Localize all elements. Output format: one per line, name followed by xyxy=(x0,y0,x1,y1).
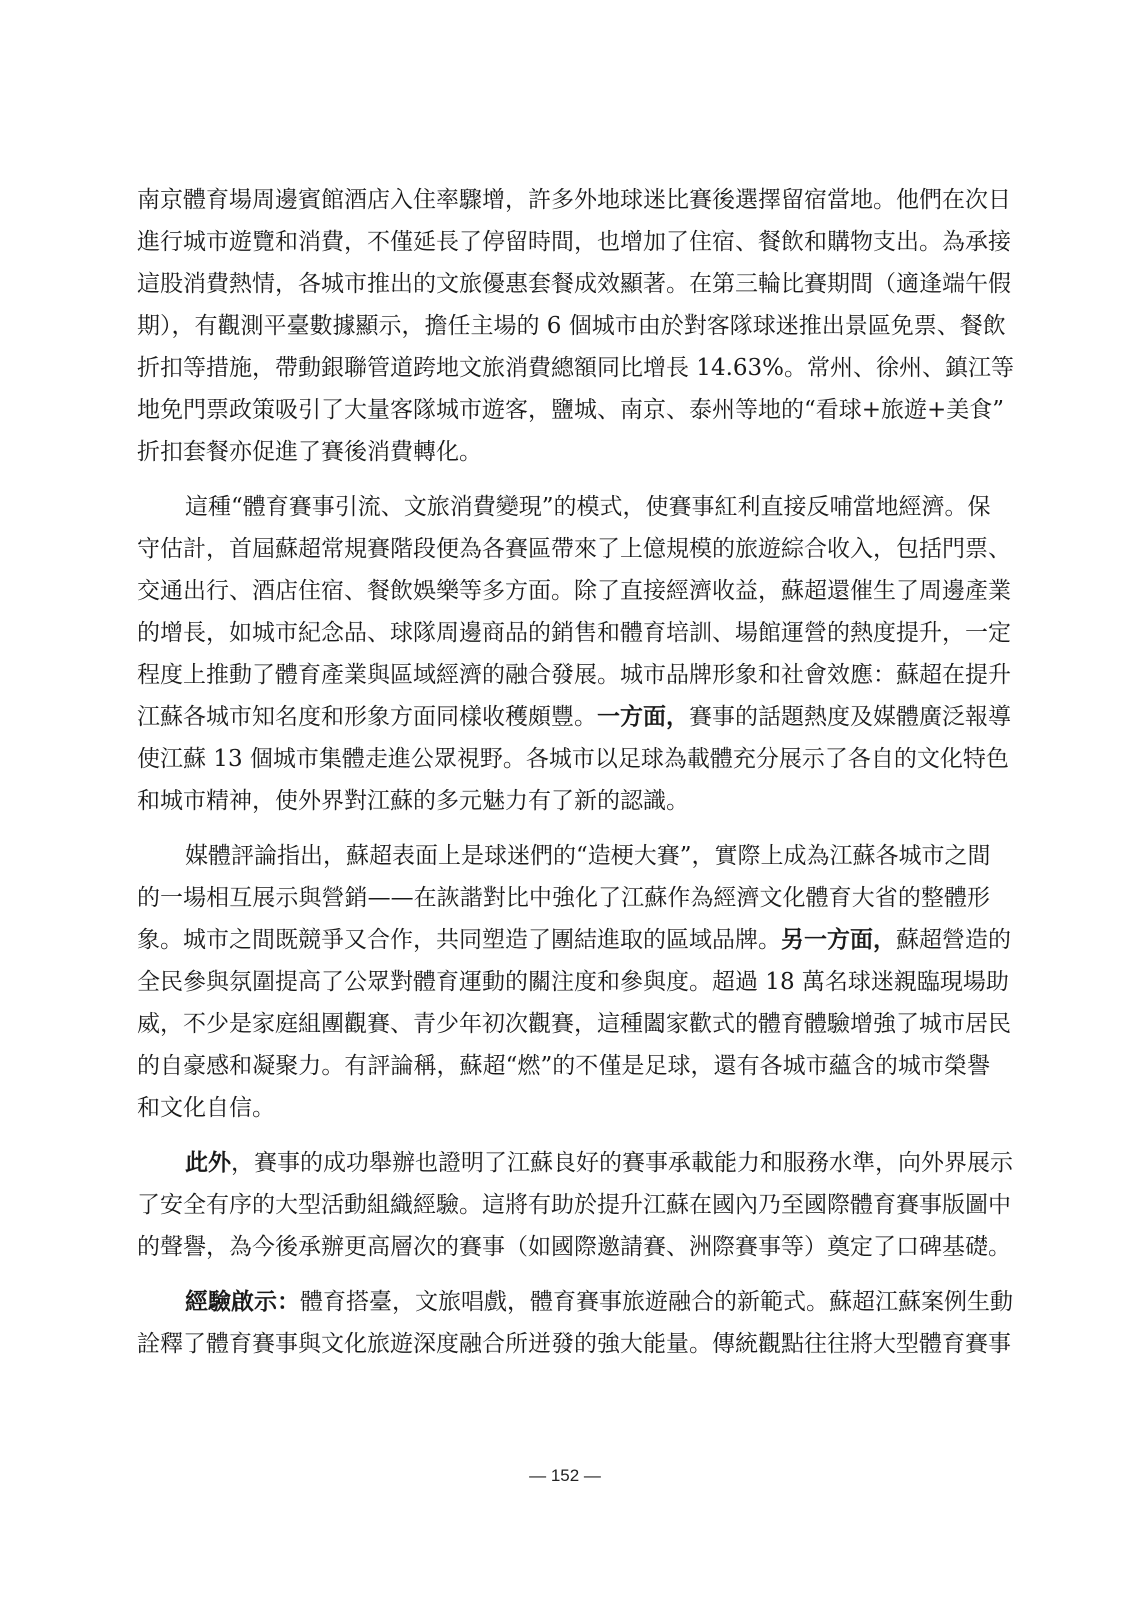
text-line: 守估計，首屆蘇超常規賽階段便為各賽區帶來了上億規模的旅遊綜合收入，包括門票、 xyxy=(137,528,990,570)
text-line-mixed: 江蘇各城市知名度和形象方面同樣收穫頗豐。一方面，賽事的話題熱度及媒體廣泛報導 xyxy=(137,696,990,738)
text-run: 賽事的話題熱度及媒體廣泛報導 xyxy=(689,704,1011,730)
text-line: 了安全有序的大型活動組織經驗。這將有助於提升江蘇在國內乃至國際體育賽事版圖中 xyxy=(137,1184,990,1226)
text-line: 折扣等措施，帶動銀聯管道跨地文旅消費總額同比增長 14.63%。常州、徐州、鎮江… xyxy=(137,347,990,389)
document-body: 南京體育場周邊賓館酒店入住率驟增，許多外地球迷比賽後選擇留宿當地。他們在次日 進… xyxy=(137,179,990,1378)
paragraph-5: 經驗啟示：體育搭臺，文旅唱戲，體育賽事旅遊融合的新範式。蘇超江蘇案例生動 詮釋了… xyxy=(137,1281,990,1365)
text-line: 折扣套餐亦促進了賽後消費轉化。 xyxy=(137,431,990,473)
page-number: — 152 — xyxy=(0,1466,1130,1486)
paragraph-2: 這種“體育賽事引流、文旅消費變現”的模式，使賽事紅利直接反哺當地經濟。保 守估計… xyxy=(137,486,990,822)
text-line: 的自豪感和凝聚力。有評論稱，蘇超“燃”的不僅是足球，還有各城市蘊含的城市榮譽 xyxy=(137,1045,990,1087)
text-line-mixed: 經驗啟示：體育搭臺，文旅唱戲，體育賽事旅遊融合的新範式。蘇超江蘇案例生動 xyxy=(137,1281,990,1323)
text-line: 南京體育場周邊賓館酒店入住率驟增，許多外地球迷比賽後選擇留宿當地。他們在次日 xyxy=(137,179,990,221)
text-line-mixed: 象。城市之間既競爭又合作，共同塑造了團結進取的區域品牌。另一方面，蘇超營造的 xyxy=(137,919,990,961)
text-line-mixed: 此外，賽事的成功舉辦也證明了江蘇良好的賽事承載能力和服務水準，向外界展示 xyxy=(137,1142,990,1184)
paragraph-1: 南京體育場周邊賓館酒店入住率驟增，許多外地球迷比賽後選擇留宿當地。他們在次日 進… xyxy=(137,179,990,473)
text-run: ，賽事的成功舉辦也證明了江蘇良好的賽事承載能力和服務水準，向外界展示 xyxy=(231,1150,1013,1176)
text-line: 交通出行、酒店住宿、餐飲娛樂等多方面。除了直接經濟收益，蘇超還催生了周邊產業 xyxy=(137,570,990,612)
text-line: 使江蘇 13 個城市集體走進公眾視野。各城市以足球為載體充分展示了各自的文化特色 xyxy=(137,738,990,780)
text-line: 這股消費熱情，各城市推出的文旅優惠套餐成效顯著。在第三輪比賽期間（適逢端午假 xyxy=(137,263,990,305)
text-line: 全民參與氛圍提高了公眾對體育運動的關注度和參與度。超過 18 萬名球迷親臨現場助 xyxy=(137,961,990,1003)
text-line: 的一場相互展示與營銷——在詼諧對比中強化了江蘇作為經濟文化體育大省的整體形 xyxy=(137,877,990,919)
text-line: 的聲譽，為今後承辦更高層次的賽事（如國際邀請賽、洲際賽事等）奠定了口碑基礎。 xyxy=(137,1226,990,1268)
bold-phrase: 經驗啟示： xyxy=(185,1288,300,1315)
paragraph-3: 媒體評論指出，蘇超表面上是球迷們的“造梗大賽”，實際上成為江蘇各城市之間 的一場… xyxy=(137,835,990,1129)
text-line: 詮釋了體育賽事與文化旅遊深度融合所迸發的強大能量。傳統觀點往往將大型體育賽事 xyxy=(137,1323,990,1365)
text-line: 進行城市遊覽和消費，不僅延長了停留時間，也增加了住宿、餐飲和購物支出。為承接 xyxy=(137,221,990,263)
text-line: 和文化自信。 xyxy=(137,1087,990,1129)
text-run: 江蘇各城市知名度和形象方面同樣收穫頗豐。 xyxy=(137,704,597,730)
text-line: 地免門票政策吸引了大量客隊城市遊客，鹽城、南京、泰州等地的“看球+旅遊+美食” xyxy=(137,389,990,431)
text-line: 媒體評論指出，蘇超表面上是球迷們的“造梗大賽”，實際上成為江蘇各城市之間 xyxy=(137,835,990,877)
text-line: 的增長，如城市紀念品、球隊周邊商品的銷售和體育培訓、場館運營的熱度提升，一定 xyxy=(137,612,990,654)
text-line: 期），有觀測平臺數據顯示，擔任主場的 6 個城市由於對客隊球迷推出景區免票、餐飲 xyxy=(137,305,990,347)
text-line: 這種“體育賽事引流、文旅消費變現”的模式，使賽事紅利直接反哺當地經濟。保 xyxy=(137,486,990,528)
bold-phrase: 另一方面， xyxy=(781,926,896,953)
text-line: 和城市精神，使外界對江蘇的多元魅力有了新的認識。 xyxy=(137,780,990,822)
paragraph-4: 此外，賽事的成功舉辦也證明了江蘇良好的賽事承載能力和服務水準，向外界展示 了安全… xyxy=(137,1142,990,1268)
bold-phrase: 一方面， xyxy=(597,703,689,730)
text-line: 程度上推動了體育產業與區域經濟的融合發展。城市品牌形象和社會效應：蘇超在提升 xyxy=(137,654,990,696)
text-line: 威，不少是家庭組團觀賽、青少年初次觀賽，這種闔家歡式的體育體驗增強了城市居民 xyxy=(137,1003,990,1045)
bold-phrase: 此外 xyxy=(185,1149,231,1176)
text-run: 蘇超營造的 xyxy=(896,927,1011,953)
text-run: 象。城市之間既競爭又合作，共同塑造了團結進取的區域品牌。 xyxy=(137,927,781,953)
text-run: 體育搭臺，文旅唱戲，體育賽事旅遊融合的新範式。蘇超江蘇案例生動 xyxy=(300,1289,1013,1315)
